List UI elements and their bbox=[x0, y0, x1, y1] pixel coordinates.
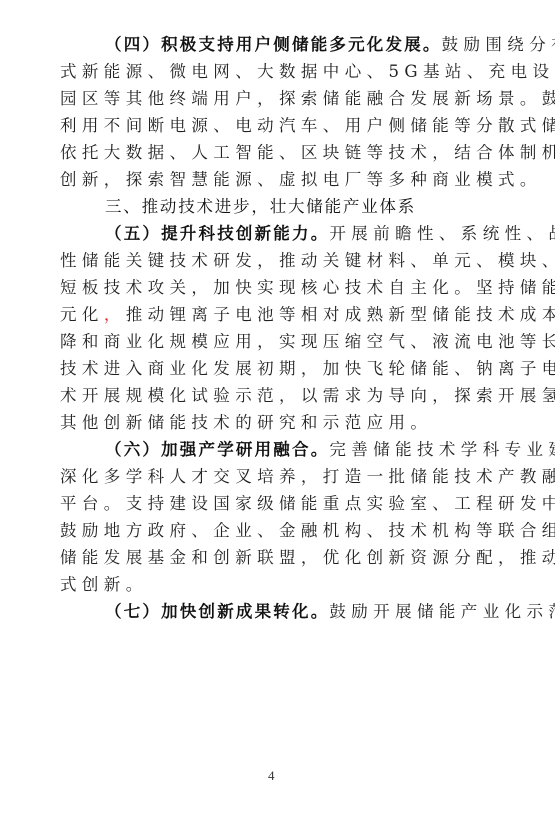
text-line: 深化多学科人才交叉培养，打造一批储能技术产教融合创新 bbox=[60, 463, 490, 490]
body-text: （四）积极支持用户侧储能多元化发展。鼓励围绕分布 式新能源、微电网、大数据中心、… bbox=[60, 31, 490, 625]
page-number: 4 bbox=[268, 768, 275, 784]
highlighted-comma: ， bbox=[104, 305, 126, 324]
text-line: 式新能源、微电网、大数据中心、5G基站、充电设施、工业 bbox=[60, 58, 490, 85]
text-line: 鼓励地方政府、企业、金融机构、技术机构等联合组建新型 bbox=[60, 517, 490, 544]
text-line: 平台。支持建设国家级储能重点实验室、工程研发中心等。 bbox=[60, 490, 490, 517]
section-4-first-line: （四）积极支持用户侧储能多元化发展。鼓励围绕分布 bbox=[60, 31, 490, 58]
section-6-title: （六）加强产学研用融合。 bbox=[105, 440, 329, 459]
text-line: 依托大数据、人工智能、区块链等技术，结合体制机制综合 bbox=[60, 139, 490, 166]
text-line: 利用不间断电源、电动汽车、用户侧储能等分散式储能设施， bbox=[60, 112, 490, 139]
section-6-first-line: （六）加强产学研用融合。完善储能技术学科专业建设， bbox=[60, 436, 490, 463]
section-5-first-line: （五）提升科技创新能力。开展前瞻性、系统性、战略 bbox=[60, 220, 490, 247]
text-line: 鼓励围绕分布 bbox=[442, 35, 555, 54]
text-fragment: 元化 bbox=[60, 305, 104, 324]
text-line: 性储能关键技术研发，推动关键材料、单元、模块、系统中 bbox=[60, 247, 490, 274]
section-5-title: （五）提升科技创新能力。 bbox=[105, 224, 329, 243]
text-line: 开展前瞻性、系统性、战略 bbox=[329, 224, 555, 243]
text-line: 元化，推动锂离子电池等相对成熟新型储能技术成本持续下 bbox=[60, 301, 490, 328]
text-line: 式创新。 bbox=[60, 571, 490, 598]
section-7-title: （七）加快创新成果转化。 bbox=[105, 602, 329, 621]
text-line: 技术进入商业化发展初期，加快飞轮储能、钠离子电池等技 bbox=[60, 355, 490, 382]
text-line: 园区等其他终端用户，探索储能融合发展新场景。鼓励聚合 bbox=[60, 85, 490, 112]
section-7-first-line: （七）加快创新成果转化。鼓励开展储能产业化示范、 bbox=[60, 598, 490, 625]
text-line: 短板技术攻关，加快实现核心技术自主化。坚持储能技术多 bbox=[60, 274, 490, 301]
text-line: 鼓励开展储能产业化示范、 bbox=[329, 602, 555, 621]
text-line: 降和商业化规模应用，实现压缩空气、液流电池等长时储能 bbox=[60, 328, 490, 355]
text-line: 完善储能技术学科专业建设， bbox=[329, 440, 555, 459]
text-line: 储能发展基金和创新联盟，优化创新资源分配，推动商业模 bbox=[60, 544, 490, 571]
section-4-title: （四）积极支持用户侧储能多元化发展。 bbox=[105, 35, 442, 54]
chapter-heading: 三、推动技术进步，壮大储能产业体系 bbox=[60, 193, 490, 220]
text-line: 其他创新储能技术的研究和示范应用。 bbox=[60, 409, 490, 436]
text-line: 术开展规模化试验示范，以需求为导向，探索开展氢储能及 bbox=[60, 382, 490, 409]
document-page: （四）积极支持用户侧储能多元化发展。鼓励围绕分布 式新能源、微电网、大数据中心、… bbox=[0, 0, 555, 814]
text-line: 创新，探索智慧能源、虚拟电厂等多种商业模式。 bbox=[60, 166, 490, 193]
text-fragment: 推动锂离子电池等相对成熟新型储能技术成本持续下 bbox=[126, 305, 555, 324]
